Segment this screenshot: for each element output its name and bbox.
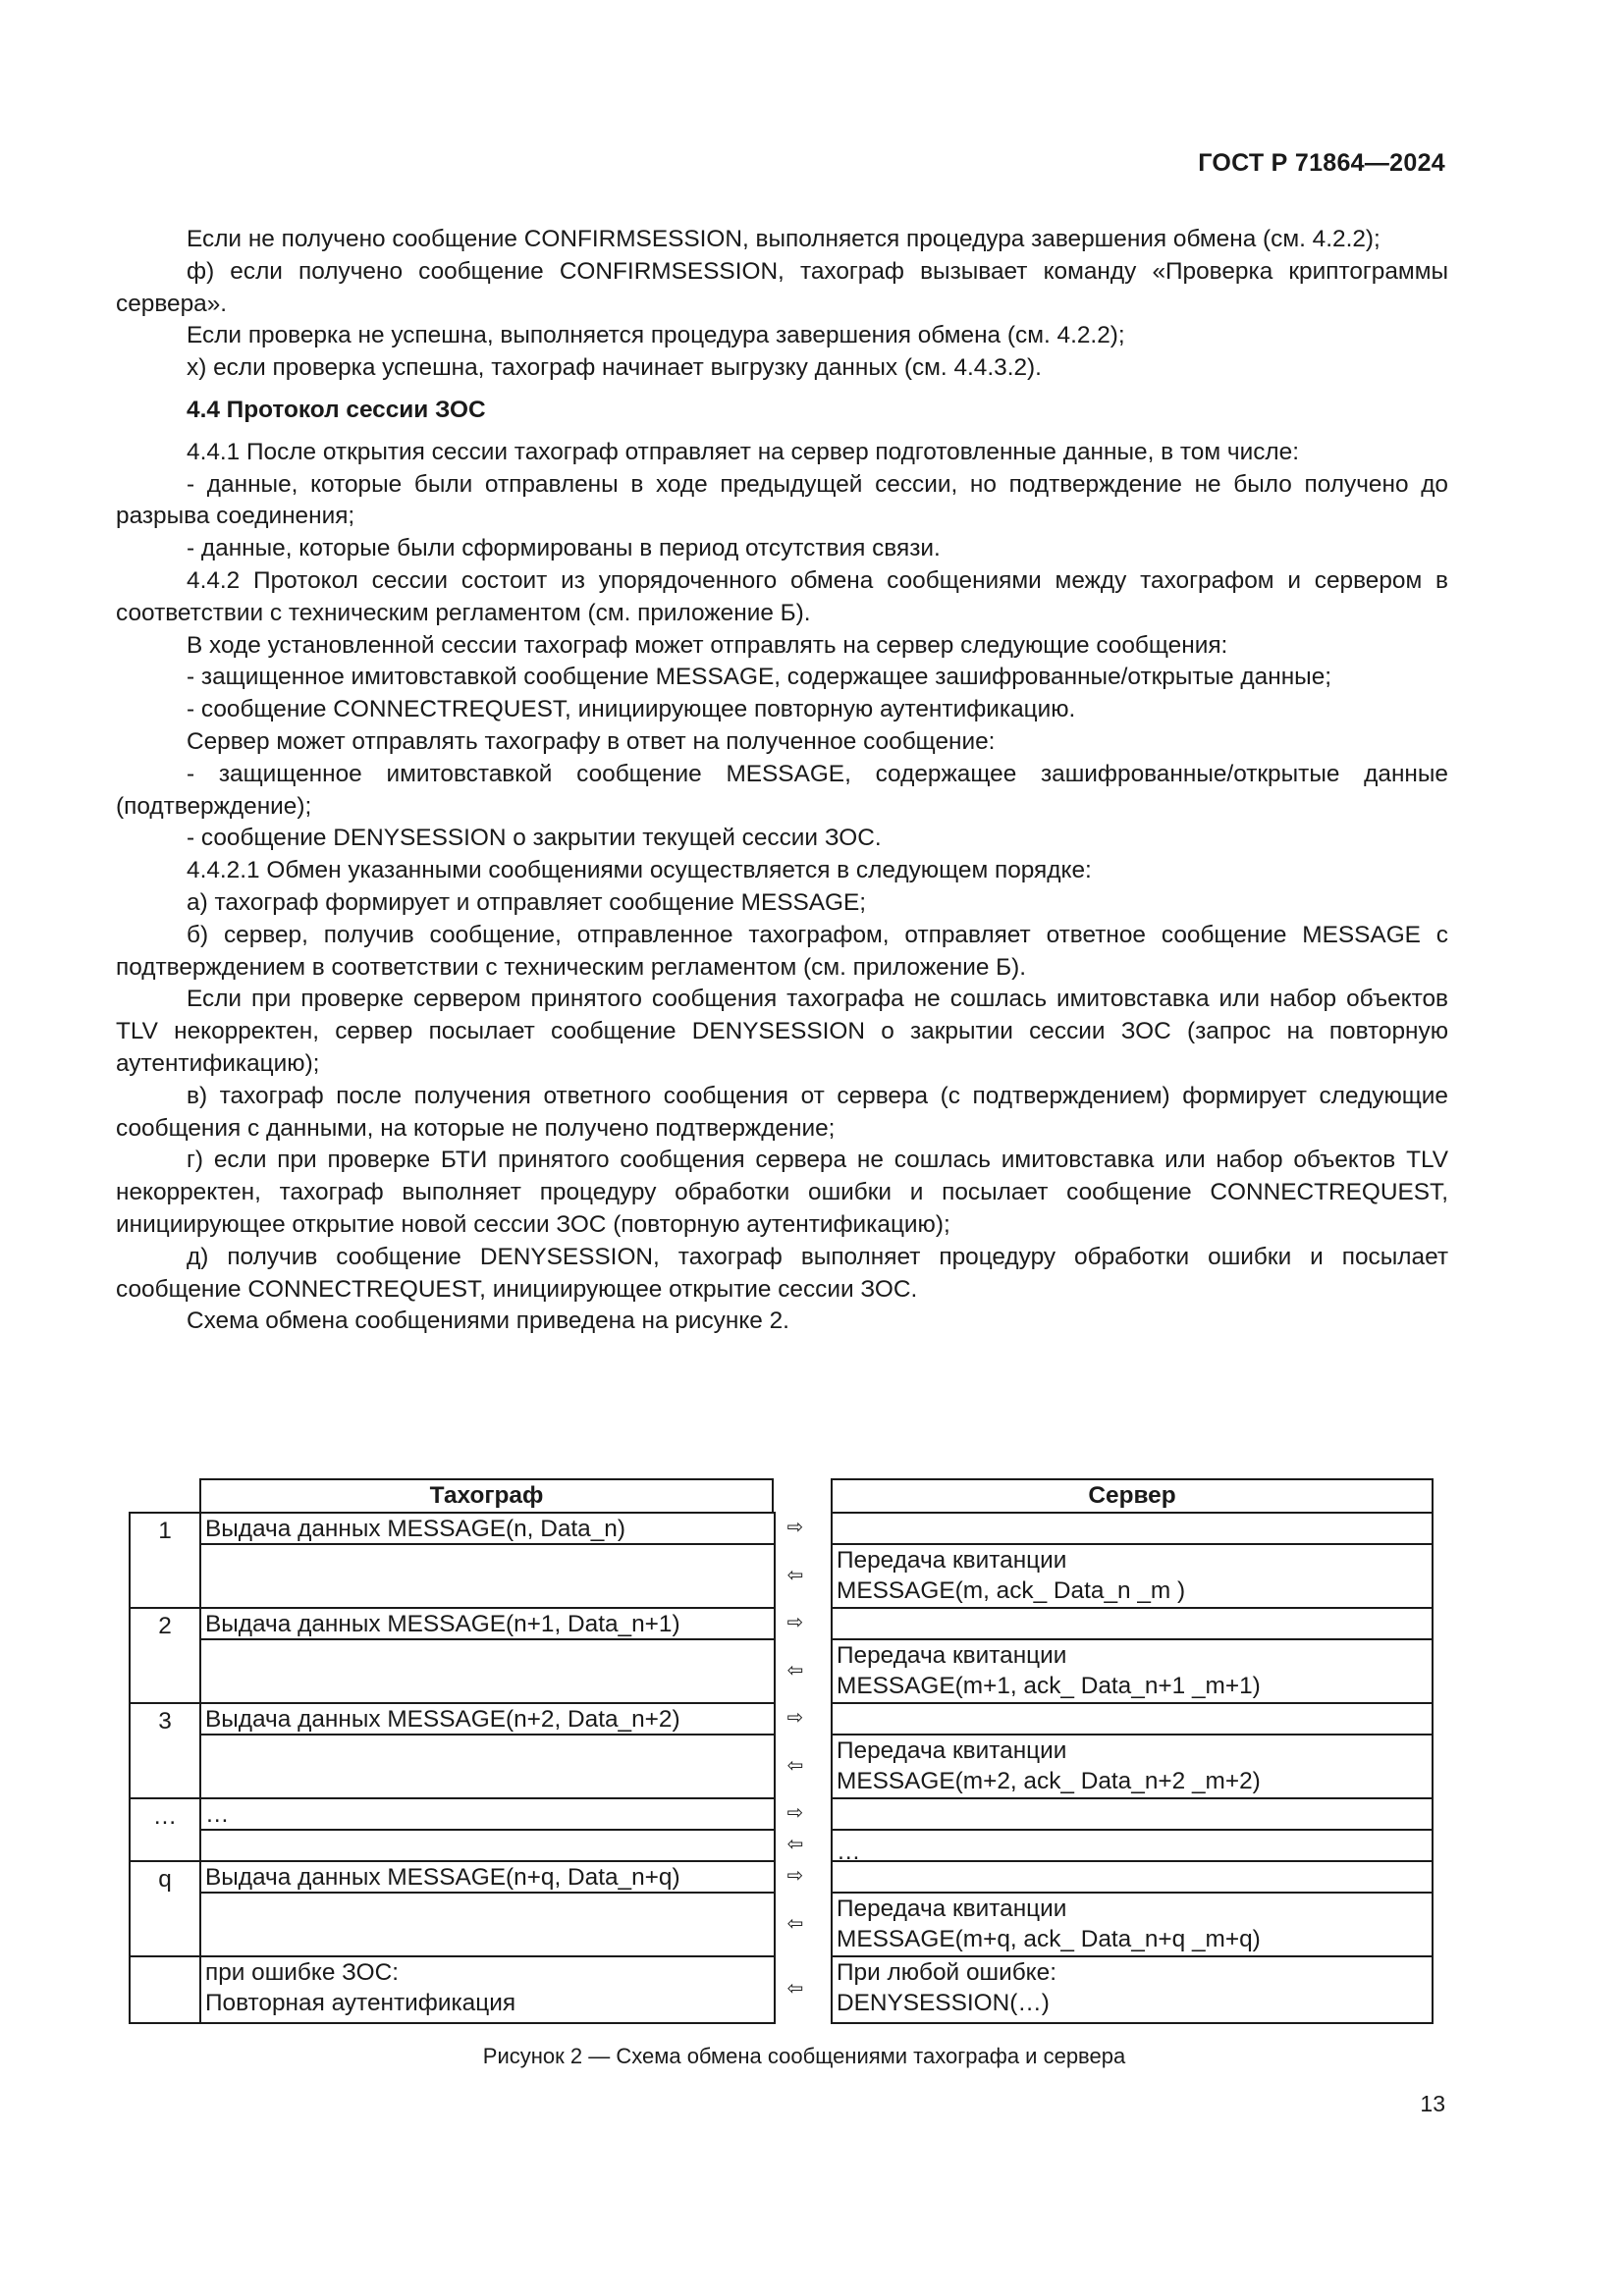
right-arrow-icon: ⇨ (781, 1705, 810, 1730)
tachograph-cell-line: Повторная аутентификация (205, 1988, 774, 2018)
server-cell-line: Передача квитанции (837, 1735, 1432, 1766)
paragraph: х) если проверка успешна, тахограф начин… (116, 352, 1448, 385)
paragraph: Схема обмена сообщениями приведена на ри… (116, 1306, 1448, 1338)
server-header-label: Сервер (833, 1480, 1432, 1511)
paragraph: в) тахограф после получения ответного со… (116, 1081, 1448, 1146)
tachograph-cell (199, 1829, 774, 1860)
paragraph: - данные, которые были отправлены в ходе… (116, 469, 1448, 534)
server-cell (831, 1607, 1434, 1638)
tachograph-cell (199, 1543, 774, 1607)
server-cell: При любой ошибке:DENYSESSION(…) (831, 1955, 1434, 2022)
step-number-label: 1 (131, 1516, 199, 1546)
server-cell: Передача квитанцииMESSAGE(m+1, ack_ Data… (831, 1638, 1434, 1702)
paragraph: Если не получено сообщение CONFIRMSESSIO… (116, 224, 1448, 256)
left-arrow-icon: ⇦ (781, 1658, 810, 1682)
paragraph: - защищенное имитовставкой сообщение MES… (116, 759, 1448, 824)
tachograph-cell: … (199, 1797, 774, 1829)
paragraph: а) тахограф формирует и отправляет сообщ… (116, 887, 1448, 920)
paragraph: д) получив сообщение DENYSESSION, тахогр… (116, 1242, 1448, 1307)
server-cell: Передача квитанцииMESSAGE(m+2, ack_ Data… (831, 1734, 1434, 1797)
right-arrow-icon: ⇨ (781, 1515, 810, 1539)
paragraph: г) если при проверке БТИ принятого сообщ… (116, 1145, 1448, 1241)
document-id: ГОСТ Р 71864—2024 (1198, 149, 1445, 178)
tachograph-cell: Выдача данных MESSAGE(n+2, Data_n+2) (199, 1702, 774, 1734)
paragraph: - данные, которые были сформированы в пе… (116, 533, 1448, 565)
server-cell (831, 1860, 1434, 1892)
page-number: 13 (1420, 2091, 1445, 2117)
tachograph-cell: Выдача данных MESSAGE(n+q, Data_n+q) (199, 1860, 774, 1892)
paragraph: 4.4.2.1 Обмен указанными сообщениями осу… (116, 855, 1448, 887)
step-number-label: q (131, 1864, 199, 1895)
paragraph: Сервер может отправлять тахографу в отве… (116, 726, 1448, 759)
paragraph: Если при проверке сервером принятого соо… (116, 984, 1448, 1080)
tachograph-cell (199, 1892, 774, 1955)
paragraph: 4.4.2 Протокол сессии состоит из упорядо… (116, 565, 1448, 630)
server-cell: Передача квитанцииMESSAGE(m+q, ack_ Data… (831, 1892, 1434, 1955)
step-number: 2 (129, 1607, 199, 1702)
server-cell-line: MESSAGE(m+2, ack_ Data_n+2 _m+2) (837, 1766, 1432, 1796)
right-arrow-icon: ⇨ (781, 1610, 810, 1634)
right-arrow-icon: ⇨ (781, 1800, 810, 1825)
step-number: … (129, 1797, 199, 1860)
server-cell (831, 1797, 1434, 1829)
figure-caption: Рисунок 2 — Схема обмена сообщениями тах… (0, 2044, 1624, 2069)
tachograph-cell-text: Выдача данных MESSAGE(n, Data_n) (205, 1514, 774, 1544)
step-number-label: … (131, 1801, 199, 1832)
server-cell (831, 1702, 1434, 1734)
figure-caption-text: Рисунок 2 — Схема обмена сообщениями тах… (483, 2044, 1125, 2068)
right-arrow-icon: ⇨ (781, 1863, 810, 1888)
server-header: Сервер (831, 1478, 1434, 1512)
paragraph: 4.4.1 После открытия сессии тахограф отп… (116, 437, 1448, 469)
server-cell-line: DENYSESSION(…) (837, 1988, 1432, 2018)
body-text: Если не получено сообщение CONFIRMSESSIO… (116, 224, 1448, 1338)
step-number: 3 (129, 1702, 199, 1797)
tachograph-cell-text: Выдача данных MESSAGE(n+1, Data_n+1) (205, 1609, 774, 1639)
tachograph-cell: Выдача данных MESSAGE(n+1, Data_n+1) (199, 1607, 774, 1638)
tachograph-cell (199, 1638, 774, 1702)
server-cell-line: Передача квитанции (837, 1640, 1432, 1671)
server-cell: Передача квитанцииMESSAGE(m, ack_ Data_n… (831, 1543, 1434, 1607)
server-cell-line: Передача квитанции (837, 1894, 1432, 1924)
step-number-label: 3 (131, 1706, 199, 1736)
left-arrow-icon: ⇦ (781, 1832, 810, 1856)
step-number (129, 1955, 199, 2022)
paragraph: ф) если получено сообщение CONFIRMSESSIO… (116, 256, 1448, 321)
tachograph-cell-text: … (205, 1799, 774, 1830)
section-paragraphs: 4.4.1 После открытия сессии тахограф отп… (116, 437, 1448, 1338)
tachograph-header-label: Тахограф (201, 1480, 772, 1511)
left-arrow-icon: ⇦ (781, 1976, 810, 2001)
server-cell-line: При любой ошибке: (837, 1957, 1432, 1988)
server-cell (831, 1512, 1434, 1543)
tachograph-cell-text: Выдача данных MESSAGE(n+2, Data_n+2) (205, 1704, 774, 1735)
left-arrow-icon: ⇦ (781, 1911, 810, 1936)
paragraph: Если проверка не успешна, выполняется пр… (116, 320, 1448, 352)
paragraph: б) сервер, получив сообщение, отправленн… (116, 920, 1448, 985)
tachograph-cell: Выдача данных MESSAGE(n, Data_n) (199, 1512, 774, 1543)
step-number: 1 (129, 1512, 199, 1607)
step-number-label: 2 (131, 1611, 199, 1641)
server-cell-line: Передача квитанции (837, 1545, 1432, 1575)
section-title: 4.4 Протокол сессии ЗОС (116, 395, 1448, 427)
server-cell-line: MESSAGE(m+1, ack_ Data_n+1 _m+1) (837, 1671, 1432, 1701)
tachograph-cell-text: Выдача данных MESSAGE(n+q, Data_n+q) (205, 1862, 774, 1893)
paragraph: - сообщение DENYSESSION о закрытии текущ… (116, 823, 1448, 855)
server-cell: … (831, 1829, 1434, 1860)
paragraph: - сообщение CONNECTREQUEST, инициирующее… (116, 694, 1448, 726)
tachograph-header: Тахограф (199, 1478, 774, 1512)
tachograph-cell: при ошибке ЗОС:Повторная аутентификация (199, 1955, 774, 2022)
left-arrow-icon: ⇦ (781, 1753, 810, 1778)
server-cell-line: MESSAGE(m, ack_ Data_n _m ) (837, 1575, 1432, 1606)
tachograph-cell (199, 1734, 774, 1797)
server-cell-line: MESSAGE(m+q, ack_ Data_n+q _m+q) (837, 1924, 1432, 1954)
paragraph: - защищенное имитовставкой сообщение MES… (116, 662, 1448, 694)
tachograph-cell-line: при ошибке ЗОС: (205, 1957, 774, 1988)
step-number: q (129, 1860, 199, 1955)
paragraph: В ходе установленной сессии тахограф мож… (116, 630, 1448, 663)
left-arrow-icon: ⇦ (781, 1563, 810, 1587)
